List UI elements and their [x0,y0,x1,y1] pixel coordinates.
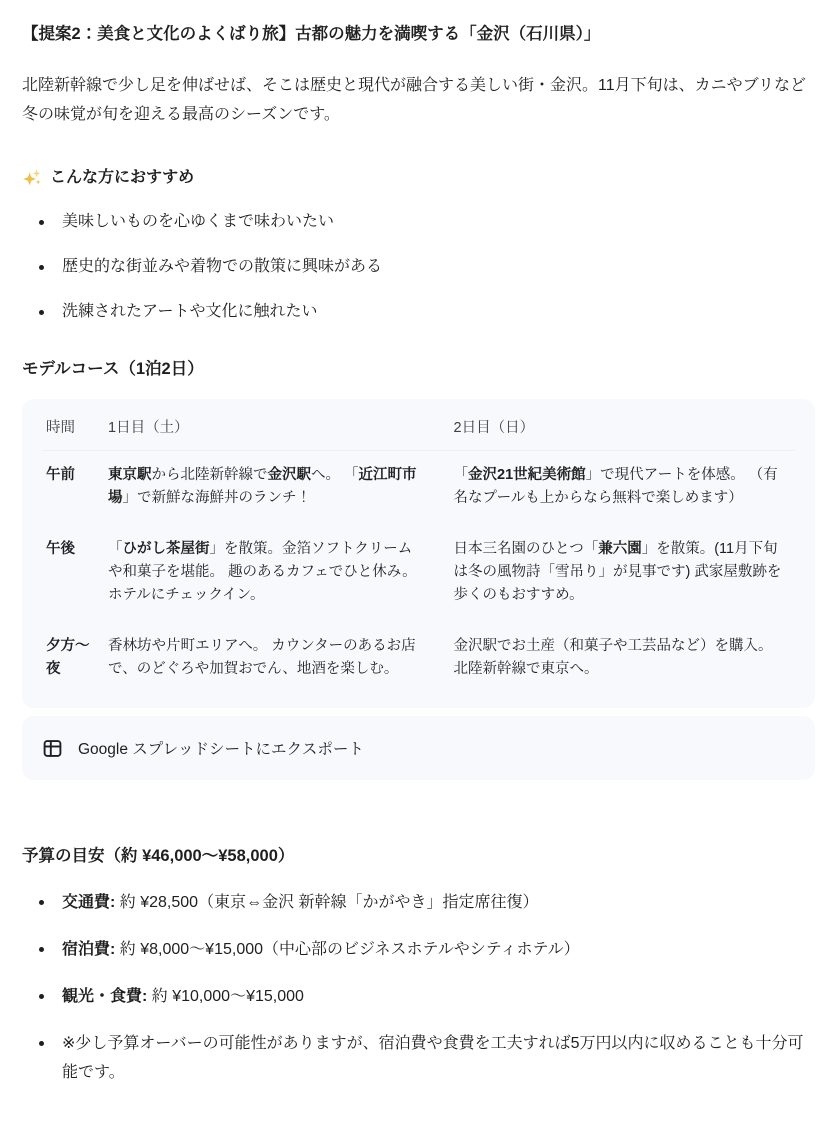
table-row: 午後 「ひがし茶屋街」を散策。金箔ソフトクリームや和菓子を堪能。 趣のあるカフェ… [42,525,795,622]
budget-heading: 予算の目安（約 ¥46,000〜¥58,000） [22,844,815,868]
table-row: 午前 東京駅から北陸新幹線で金沢駅へ。 「近江町市場」で新鮮な海鮮丼のランチ！ … [42,451,795,526]
table-row: 夕方〜夜 香林坊や片町エリアへ。 カウンターのあるお店で、のどぐろや加賀おでん、… [42,622,795,696]
intro-paragraph: 北陸新幹線で少し足を伸ばせば、そこは歴史と現代が融合する美しい街・金沢。11月下… [22,71,815,129]
time-label: 午前 [42,451,104,526]
travel-proposal-document: 【提案2：美食と文化のよくばり旅】古都の魅力を満喫する「金沢（石川県）」 北陸新… [0,0,837,1129]
day1-cell: 香林坊や片町エリアへ。 カウンターのあるお店で、のどぐろや加賀おでん、地酒を楽し… [104,622,450,696]
table-header-row: 時間 1日目（土） 2日目（日） [42,401,795,451]
list-item: 洗練されたアートや文化に触れたい [22,299,815,325]
budget-item-food: 観光・食費: 約 ¥10,000〜¥15,000 [22,982,812,1011]
day1-cell: 東京駅から北陸新幹線で金沢駅へ。 「近江町市場」で新鮮な海鮮丼のランチ！ [104,451,450,526]
export-to-sheets-button[interactable]: Google スプレッドシートにエクスポート [22,716,815,780]
itinerary-table-card: 時間 1日目（土） 2日目（日） 午前 東京駅から北陸新幹線で金沢駅へ。 「近江… [22,399,815,708]
table-icon [42,738,63,759]
budget-item-lodging: 宿泊費: 約 ¥8,000〜¥15,000（中心部のビジネスホテルやシティホテル… [22,935,812,964]
day2-cell: 日本三名園のひとつ「兼六園」を散策。(11月下旬は冬の風物詩「雪吊り」が見事です… [450,525,796,622]
day2-cell: 金沢駅でお土産（和菓子や工芸品など）を購入。 北陸新幹線で東京へ。 [450,622,796,696]
time-label: 夕方〜夜 [42,622,104,696]
column-header-day1: 1日目（土） [104,401,450,451]
column-header-day2: 2日目（日） [450,401,796,451]
recommend-heading-text: こんな方におすすめ [50,165,194,191]
export-button-label: Google スプレッドシートにエクスポート [78,737,364,759]
day1-cell: 「ひがし茶屋街」を散策。金箔ソフトクリームや和菓子を堪能。 趣のあるカフェでひと… [104,525,450,622]
day2-cell: 「金沢21世紀美術館」で現代アートを体感。 （有名なプールも上からなら無料で楽し… [450,451,796,526]
recommend-heading: こんな方におすすめ [22,165,815,191]
itinerary-table: 時間 1日目（土） 2日目（日） 午前 東京駅から北陸新幹線で金沢駅へ。 「近江… [42,401,795,696]
budget-list: 交通費: 約 ¥28,500（東京⇔金沢 新幹線「かがやき」指定席往復） 宿泊費… [22,888,815,1087]
time-label: 午後 [42,525,104,622]
proposal-title: 【提案2：美食と文化のよくばり旅】古都の魅力を満喫する「金沢（石川県）」 [22,22,815,46]
budget-item-transport: 交通費: 約 ¥28,500（東京⇔金沢 新幹線「かがやき」指定席往復） [22,888,812,917]
sparkles-icon [22,168,42,188]
recommend-list: 美味しいものを心ゆくまで味わいたい 歴史的な街並みや着物での散策に興味がある 洗… [22,209,815,325]
budget-item-note: ※少し予算オーバーの可能性がありますが、宿泊費や食費を工夫すれば5万円以内に収め… [22,1029,812,1087]
column-header-time: 時間 [42,401,104,451]
list-item: 歴史的な街並みや着物での散策に興味がある [22,254,815,280]
list-item: 美味しいものを心ゆくまで味わいたい [22,209,815,235]
model-course-heading: モデルコース（1泊2日） [22,357,815,381]
